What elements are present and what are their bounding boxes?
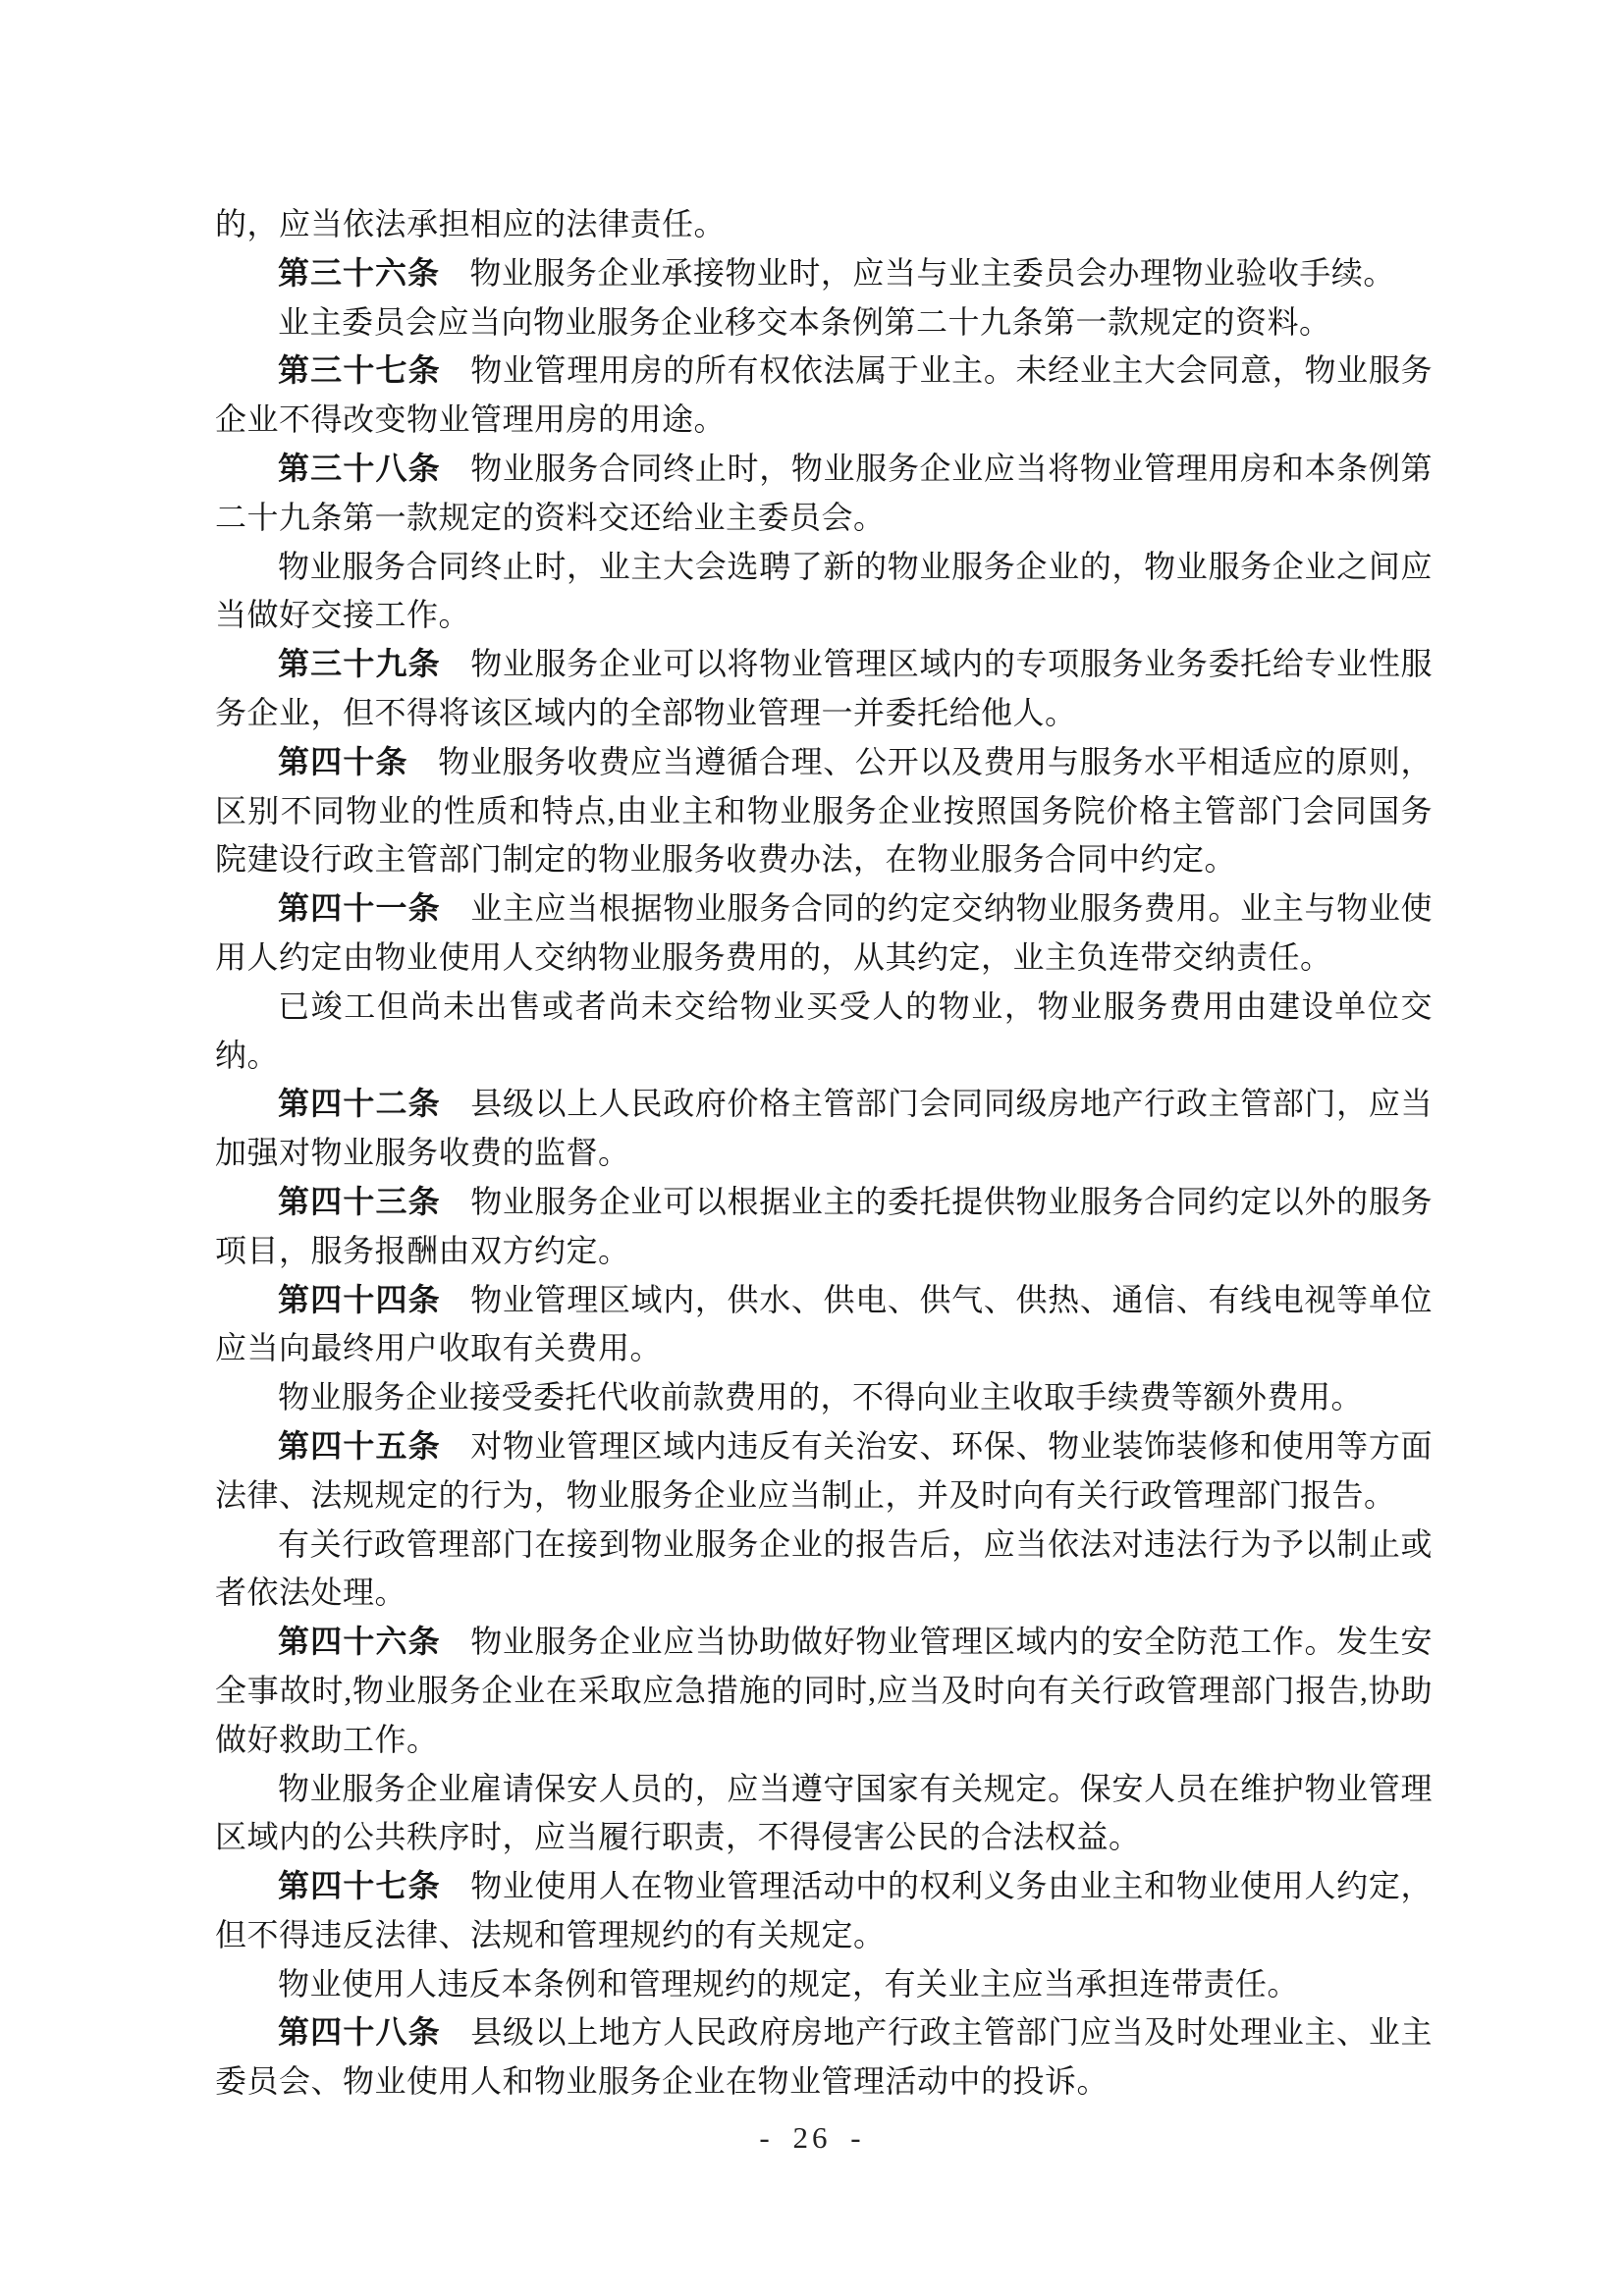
paragraph: 第三十七条物业管理用房的所有权依法属于业主。未经业主大会同意，物业服务企业不得改… [215, 347, 1433, 445]
article-number: 第三十九条 [278, 646, 441, 681]
paragraph: 第三十八条物业服务合同终止时，物业服务企业应当将物业管理用房和本条例第二十九条第… [215, 445, 1433, 543]
article-number: 第四十六条 [278, 1624, 441, 1659]
article-number: 第四十条 [278, 744, 408, 779]
paragraph: 第四十八条县级以上地方人民政府房地产行政主管部门应当及时处理业主、业主委员会、物… [215, 2008, 1433, 2107]
article-number: 第三十七条 [278, 352, 441, 388]
document-body: 的，应当依法承担相应的法律责任。 第三十六条物业服务企业承接物业时，应当与业主委… [215, 200, 1433, 2107]
article-number: 第四十二条 [278, 1086, 441, 1121]
article-number: 第三十六条 [278, 255, 440, 291]
paragraph: 第三十六条物业服务企业承接物业时，应当与业主委员会办理物业验收手续。 [215, 249, 1433, 298]
paragraph-text: 物业服务合同终止时，业主大会选聘了新的物业服务企业的，物业服务企业之间应当做好交… [215, 549, 1433, 633]
paragraph: 物业服务合同终止时，业主大会选聘了新的物业服务企业的，物业服务企业之间应当做好交… [215, 543, 1433, 641]
article-number: 第四十四条 [278, 1282, 441, 1317]
paragraph: 的，应当依法承担相应的法律责任。 [215, 200, 1433, 249]
paragraph: 第四十三条物业服务企业可以根据业主的委托提供物业服务合同约定以外的服务项目，服务… [215, 1178, 1433, 1276]
paragraph-text: 业主委员会应当向物业服务企业移交本条例第二十九条第一款规定的资料。 [278, 304, 1331, 340]
document-page: 的，应当依法承担相应的法律责任。 第三十六条物业服务企业承接物业时，应当与业主委… [0, 0, 1624, 2296]
article-number: 第四十八条 [278, 2014, 441, 2050]
article-number: 第四十一条 [278, 890, 441, 926]
paragraph: 第四十条物业服务收费应当遵循合理、公开以及费用与服务水平相适应的原则，区别不同物… [215, 738, 1433, 884]
paragraph-text: 物业使用人违反本条例和管理规约的规定，有关业主应当承担连带责任。 [278, 1966, 1299, 2002]
paragraph: 第四十一条业主应当根据物业服务合同的约定交纳物业服务费用。业主与物业使用人约定由… [215, 884, 1433, 983]
paragraph: 物业服务企业雇请保安人员的，应当遵守国家有关规定。保安人员在维护物业管理区域内的… [215, 1765, 1433, 1863]
paragraph: 第四十六条物业服务企业应当协助做好物业管理区域内的安全防范工作。发生安全事故时,… [215, 1618, 1433, 1764]
paragraph: 有关行政管理部门在接到物业服务企业的报告后，应当依法对违法行为予以制止或者依法处… [215, 1521, 1433, 1619]
article-number: 第四十五条 [278, 1428, 441, 1464]
paragraph: 第三十九条物业服务企业可以将物业管理区域内的专项服务业务委托给专业性服务企业，但… [215, 640, 1433, 738]
paragraph-text: 物业服务企业接受委托代收前款费用的，不得向业主收取手续费等额外费用。 [278, 1379, 1363, 1415]
paragraph: 物业服务企业接受委托代收前款费用的，不得向业主收取手续费等额外费用。 [215, 1373, 1433, 1422]
paragraph: 物业使用人违反本条例和管理规约的规定，有关业主应当承担连带责任。 [215, 1960, 1433, 2009]
paragraph-text: 物业服务企业雇请保安人员的，应当遵守国家有关规定。保安人员在维护物业管理区域内的… [215, 1771, 1433, 1855]
paragraph-text: 物业服务企业承接物业时，应当与业主委员会办理物业验收手续。 [469, 255, 1395, 291]
article-number: 第四十三条 [278, 1184, 441, 1219]
paragraph: 第四十七条物业使用人在物业管理活动中的权利义务由业主和物业使用人约定，但不得违反… [215, 1862, 1433, 1960]
paragraph: 第四十二条县级以上人民政府价格主管部门会同同级房地产行政主管部门，应当加强对物业… [215, 1080, 1433, 1178]
paragraph: 业主委员会应当向物业服务企业移交本条例第二十九条第一款规定的资料。 [215, 298, 1433, 347]
article-number: 第三十八条 [278, 451, 441, 486]
paragraph: 第四十四条物业管理区域内，供水、供电、供气、供热、通信、有线电视等单位应当向最终… [215, 1276, 1433, 1374]
paragraph-text: 有关行政管理部门在接到物业服务企业的报告后，应当依法对违法行为予以制止或者依法处… [215, 1526, 1433, 1611]
paragraph-text: 已竣工但尚未出售或者尚未交给物业买受人的物业，物业服务费用由建设单位交纳。 [215, 988, 1433, 1073]
paragraph-text: 的，应当依法承担相应的法律责任。 [215, 206, 726, 241]
article-number: 第四十七条 [278, 1868, 441, 1903]
page-number: - 26 - [0, 2120, 1624, 2156]
paragraph: 已竣工但尚未出售或者尚未交给物业买受人的物业，物业服务费用由建设单位交纳。 [215, 983, 1433, 1081]
paragraph: 第四十五条对物业管理区域内违反有关治安、环保、物业装饰装修和使用等方面法律、法规… [215, 1422, 1433, 1521]
